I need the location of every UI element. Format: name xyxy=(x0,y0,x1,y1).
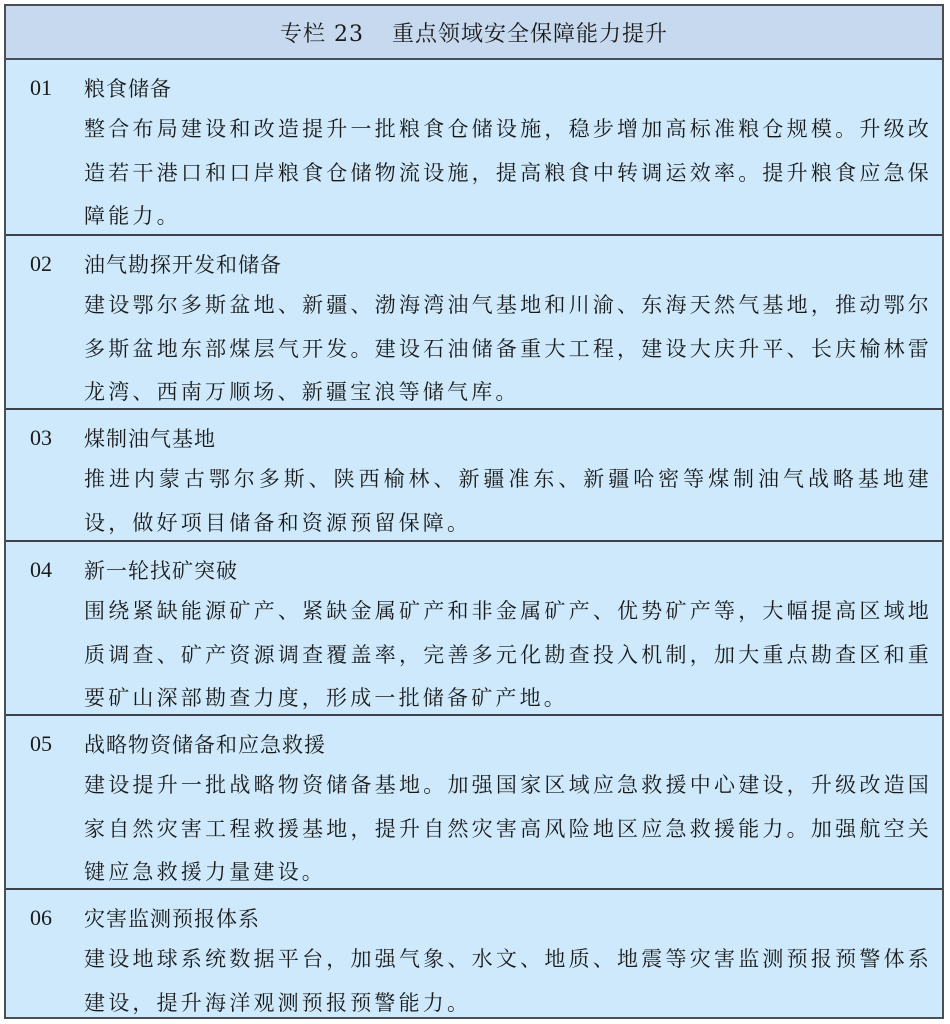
section-title: 油气勘探开发和储备 xyxy=(84,249,282,279)
section-oil-gas: 02 油气勘探开发和储备 建设鄂尔多斯盆地、新疆、渤海湾油气基地和川渝、东海天然… xyxy=(6,236,942,410)
box-header: 专栏 23 重点领域安全保障能力提升 xyxy=(6,6,942,60)
section-body: 建设地球系统数据平台，加强气象、水文、地质、地震等灾害监测预报预警体系建设，提升… xyxy=(6,938,942,1024)
section-number: 02 xyxy=(6,251,84,277)
box-label: 专栏 23 xyxy=(280,17,364,48)
section-number: 05 xyxy=(6,731,84,757)
box-title: 重点领域安全保障能力提升 xyxy=(392,17,668,48)
section-strategic-reserve: 05 战略物资储备和应急救援 建设提升一批战略物资储备基地。加强国家区域应急救援… xyxy=(6,716,942,890)
section-number: 04 xyxy=(6,557,84,583)
section-title: 粮食储备 xyxy=(84,73,172,103)
feature-box: 专栏 23 重点领域安全保障能力提升 01 粮食储备 整合布局建设和改造提升一批… xyxy=(4,4,944,1019)
section-title: 灾害监测预报体系 xyxy=(84,903,260,933)
section-body: 整合布局建设和改造提升一批粮食仓储设施，稳步增加高标准粮仓规模。升级改造若干港口… xyxy=(6,108,942,239)
section-coal-to-oil-gas: 03 煤制油气基地 推进内蒙古鄂尔多斯、陕西榆林、新疆准东、新疆哈密等煤制油气战… xyxy=(6,410,942,542)
section-title: 新一轮找矿突破 xyxy=(84,555,238,585)
section-number: 06 xyxy=(6,905,84,931)
section-grain-reserve: 01 粮食储备 整合布局建设和改造提升一批粮食仓储设施，稳步增加高标准粮仓规模。… xyxy=(6,60,942,236)
section-title: 战略物资储备和应急救援 xyxy=(84,729,326,759)
section-body: 建设提升一批战略物资储备基地。加强国家区域应急救援中心建设，升级改造国家自然灾害… xyxy=(6,764,942,895)
section-mineral-exploration: 04 新一轮找矿突破 围绕紧缺能源矿产、紧缺金属矿产和非金属矿产、优势矿产等，大… xyxy=(6,542,942,716)
section-body: 建设鄂尔多斯盆地、新疆、渤海湾油气基地和川渝、东海天然气基地，推动鄂尔多斯盆地东… xyxy=(6,284,942,415)
section-number: 01 xyxy=(6,75,84,101)
section-disaster-monitoring: 06 灾害监测预报体系 建设地球系统数据平台，加强气象、水文、地质、地震等灾害监… xyxy=(6,890,942,1017)
section-body: 围绕紧缺能源矿产、紧缺金属矿产和非金属矿产、优势矿产等，大幅提高区域地质调查、矿… xyxy=(6,590,942,721)
section-number: 03 xyxy=(6,425,84,451)
section-title: 煤制油气基地 xyxy=(84,423,216,453)
section-body: 推进内蒙古鄂尔多斯、陕西榆林、新疆准东、新疆哈密等煤制油气战略基地建设，做好项目… xyxy=(6,458,942,545)
